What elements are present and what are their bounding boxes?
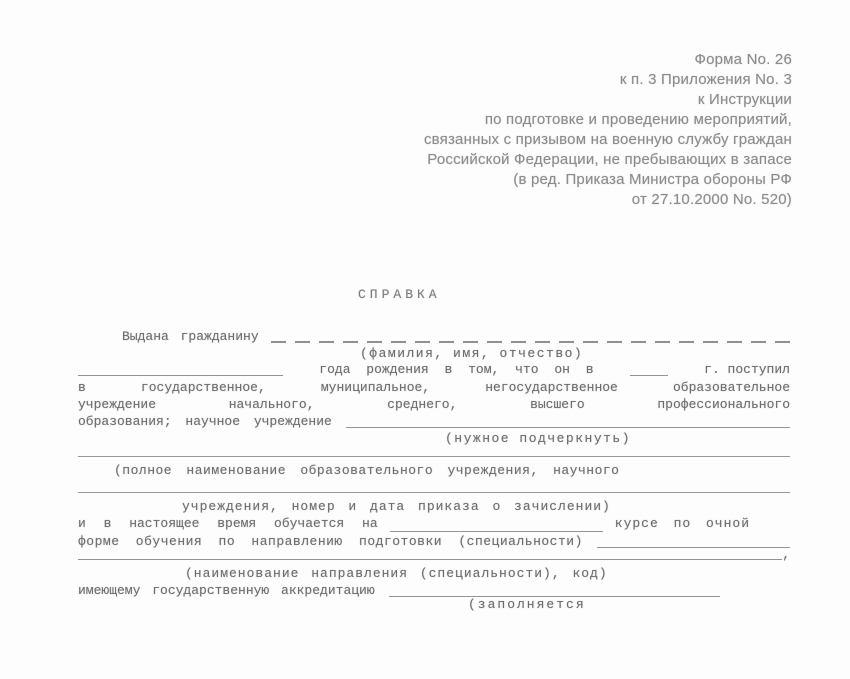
issued-to-label: Выдана гражданину xyxy=(122,328,259,345)
header-line-preparation: по подготовке и проведению мероприятий, xyxy=(424,110,792,130)
underline-hint-line: (нужное подчеркнуть) xyxy=(78,430,790,447)
full-name-hint-line-2: учреждения, номер и дата приказа о зачис… xyxy=(78,498,790,515)
header-line-conscription: связанных с призывом на военную службу г… xyxy=(424,130,792,150)
full-name-hint-label-2: учреждения, номер и дата приказа о зачис… xyxy=(182,499,611,514)
institution-name-blank-rule xyxy=(78,456,790,457)
header-line-order-date: от 27.10.2000 No. 520) xyxy=(424,190,792,210)
birth-year-blank-field xyxy=(78,373,283,376)
filled-hint-label: (заполняется xyxy=(468,597,586,612)
header-line-order-edition: (в ред. Приказа Министра обороны РФ xyxy=(424,170,792,190)
underline-hint-label: (нужное подчеркнуть) xyxy=(445,431,631,446)
specialty-continuation-line: , xyxy=(78,548,790,562)
citizen-name-blank-field xyxy=(271,341,790,343)
specialty-continuation-blank-rule xyxy=(78,557,782,560)
header-line-instruction: к Инструкции xyxy=(424,90,792,110)
filled-hint-line: (заполняется xyxy=(78,596,790,613)
document-title: СПРАВКА xyxy=(358,287,441,302)
header-line-form-number: Форма No. 26 xyxy=(424,50,792,70)
enrollment-order-blank-rule xyxy=(78,492,790,493)
trailing-comma: , xyxy=(782,548,790,562)
fio-hint-line: (фамилия, имя, отчество) xyxy=(78,345,790,362)
institution-type-line-1: в государственное, муниципальное, негосу… xyxy=(78,379,790,396)
studying-at-label: и в настоящее время обучается на xyxy=(78,515,378,532)
birth-year-label: года рождения в том, что он в xyxy=(319,361,593,378)
institution-type-line-2: учреждение начального, среднего, высшего… xyxy=(78,396,790,413)
full-name-hint-label-1: (полное наименование образовательного уч… xyxy=(114,463,619,478)
scientific-institution-line: образования; научное учреждение xyxy=(78,413,790,430)
birth-year-line: года рождения в том, что он в г. поступи… xyxy=(78,361,790,378)
institution-blank-field xyxy=(346,425,790,428)
specialty-hint-label: (наименование направления (специальности… xyxy=(185,566,608,581)
specialty-hint-line: (наименование направления (специальности… xyxy=(78,565,790,582)
admission-label: г. поступил xyxy=(704,361,790,378)
course-fulltime-label: курсе по очной xyxy=(615,515,750,532)
header-line-federation: Российской Федерации, не пребывающих в з… xyxy=(424,150,792,170)
admission-year-blank-field xyxy=(630,373,668,376)
form-reference-header: Форма No. 26 к п. 3 Приложения No. 3 к И… xyxy=(424,50,792,210)
header-line-appendix: к п. 3 Приложения No. 3 xyxy=(424,70,792,90)
scientific-institution-label: образования; научное учреждение xyxy=(78,413,332,430)
full-name-hint-line-1: (полное наименование образовательного уч… xyxy=(78,462,790,479)
scanned-certificate-page: Форма No. 26 к п. 3 Приложения No. 3 к И… xyxy=(0,0,850,679)
issued-to-line: Выдана гражданину xyxy=(78,328,790,345)
fio-hint-label: (фамилия, имя, отчество) xyxy=(360,346,583,361)
current-study-line: и в настоящее время обучается на курсе п… xyxy=(78,515,750,532)
course-number-blank-field xyxy=(390,529,603,532)
